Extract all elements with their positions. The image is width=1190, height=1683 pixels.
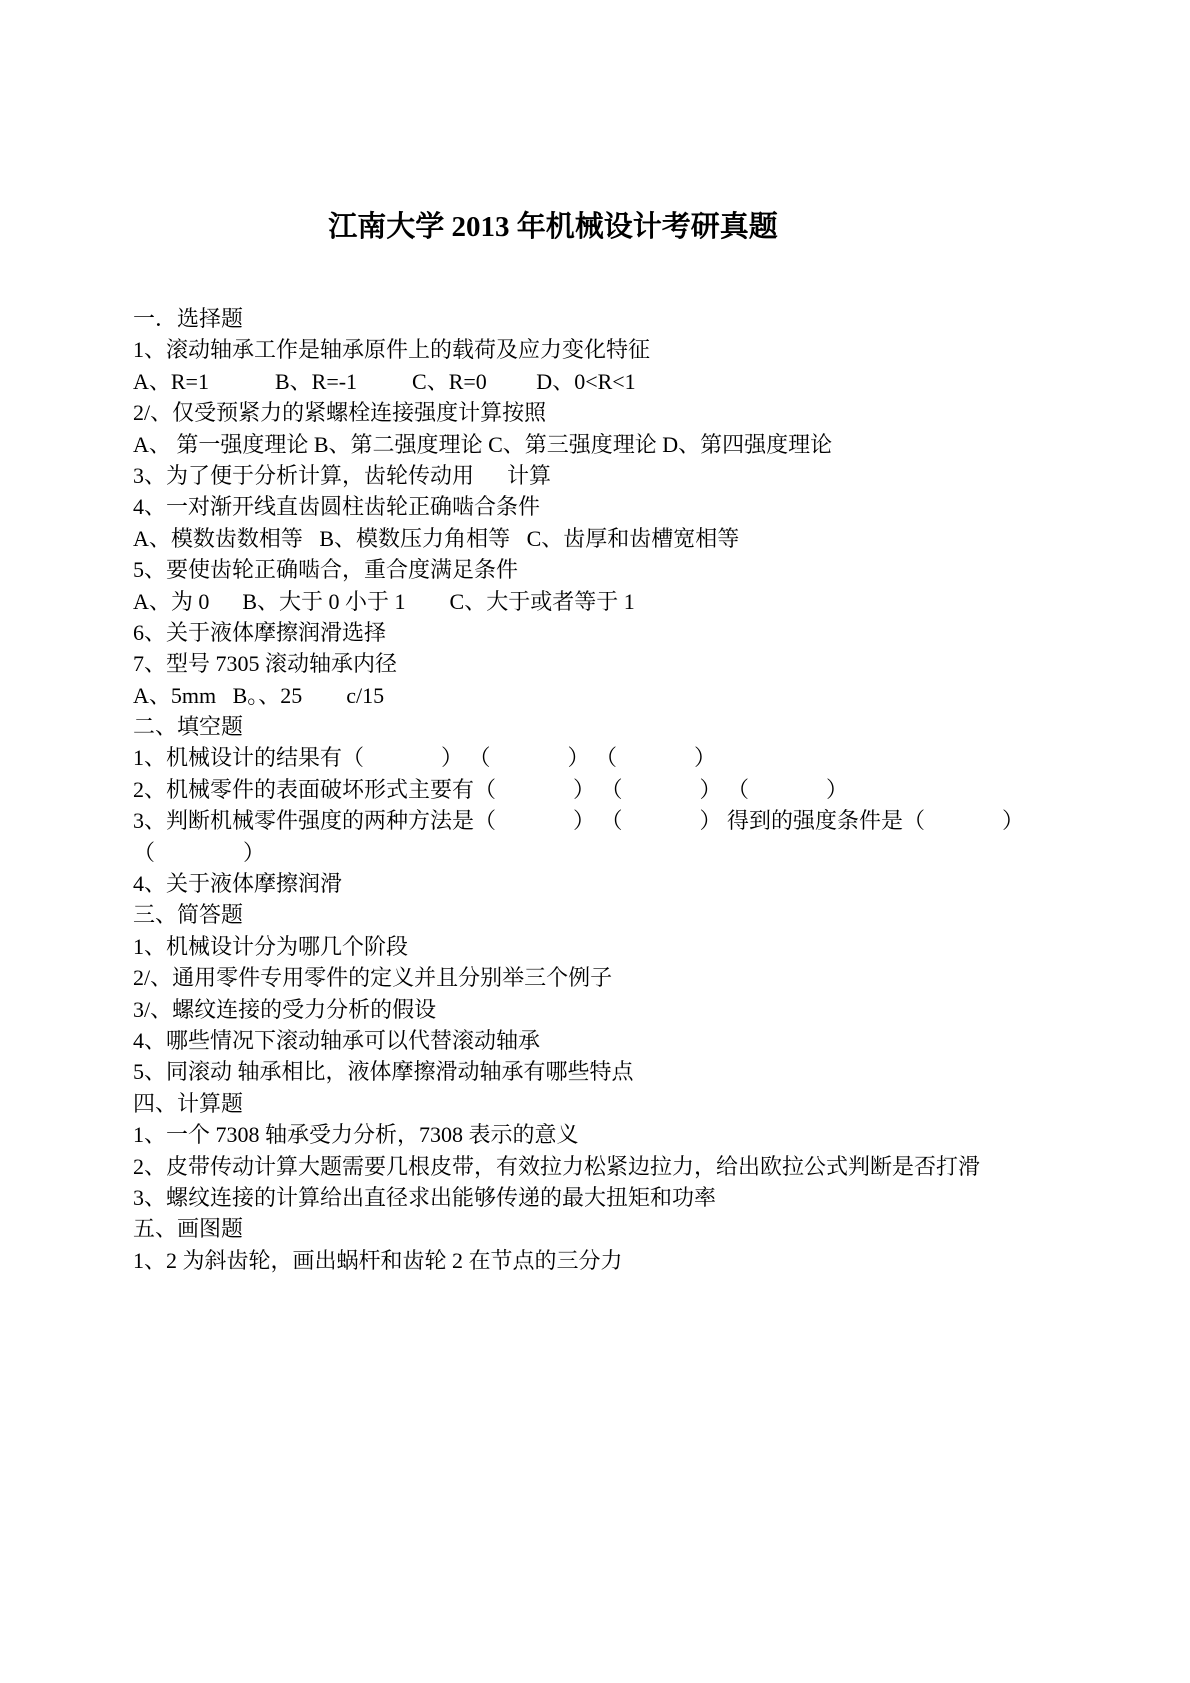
question-line: 1、2 为斜齿轮，画出蜗杆和齿轮 2 在节点的三分力 — [133, 1245, 1178, 1276]
question-line: 2、皮带传动计算大题需要几根皮带，有效拉力松紧边拉力，给出欧拉公式判断是否打滑 — [133, 1151, 1178, 1182]
page-title: 江南大学 2013 年机械设计考研真题 — [133, 208, 973, 246]
question-line: 3、判断机械零件强度的两种方法是（ ） （ ） 得到的强度条件是（ ） — [133, 805, 1178, 836]
option-line: A、5mm B。、25 c/15 — [133, 680, 1178, 711]
question-line: 1、滚动轴承工作是轴承原件上的载荷及应力变化特征 — [133, 334, 1178, 365]
question-line: 2/、仅受预紧力的紧螺栓连接强度计算按照 — [133, 397, 1178, 428]
question-line: 1、机械设计分为哪几个阶段 — [133, 931, 1178, 962]
question-line: 4、哪些情况下滚动轴承可以代替滚动轴承 — [133, 1025, 1178, 1056]
section-heading-drawing: 五、画图题 — [133, 1213, 1178, 1244]
option-line: A、 第一强度理论 B、第二强度理论 C、第三强度理论 D、第四强度理论 — [133, 429, 1178, 460]
option-line: A、R=1 B、R=-1 C、R=0 D、0<R<1 — [133, 366, 1178, 397]
blank-continuation-line: （ ） — [133, 837, 1178, 868]
question-line: 6、关于液体摩擦润滑选择 — [133, 617, 1178, 648]
question-line: 3、为了便于分析计算，齿轮传动用 计算 — [133, 460, 1178, 491]
question-line: 5、要使齿轮正确啮合，重合度满足条件 — [133, 554, 1178, 585]
section-heading-calculation: 四、计算题 — [133, 1088, 1178, 1119]
question-line: 5、同滚动 轴承相比，液体摩擦滑动轴承有哪些特点 — [133, 1056, 1178, 1087]
question-line: 4、一对渐开线直齿圆柱齿轮正确啮合条件 — [133, 491, 1178, 522]
option-line: A、为 0 B、大于 0 小于 1 C、大于或者等于 1 — [133, 586, 1178, 617]
question-line: 7、型号 7305 滚动轴承内径 — [133, 648, 1178, 679]
section-heading-choice-questions: 一．选择题 — [133, 303, 1178, 334]
exam-page: 江南大学 2013 年机械设计考研真题 一．选择题 1、滚动轴承工作是轴承原件上… — [0, 0, 1190, 1683]
section-heading-fill-blank: 二、填空题 — [133, 711, 1178, 742]
question-line: 4、关于液体摩擦润滑 — [133, 868, 1178, 899]
question-line: 3/、螺纹连接的受力分析的假设 — [133, 994, 1178, 1025]
question-line: 1、一个 7308 轴承受力分析，7308 表示的意义 — [133, 1119, 1178, 1150]
question-line: 2/、通用零件专用零件的定义并且分别举三个例子 — [133, 962, 1178, 993]
question-line: 3、螺纹连接的计算给出直径求出能够传递的最大扭矩和功率 — [133, 1182, 1178, 1213]
exam-body: 一．选择题 1、滚动轴承工作是轴承原件上的载荷及应力变化特征 A、R=1 B、R… — [133, 303, 1178, 1276]
question-line: 1、机械设计的结果有（ ） （ ） （ ） — [133, 742, 1178, 773]
section-heading-short-answer: 三、简答题 — [133, 899, 1178, 930]
option-line: A、模数齿数相等 B、模数压力角相等 C、齿厚和齿槽宽相等 — [133, 523, 1178, 554]
question-line: 2、机械零件的表面破坏形式主要有（ ） （ ） （ ） — [133, 774, 1178, 805]
